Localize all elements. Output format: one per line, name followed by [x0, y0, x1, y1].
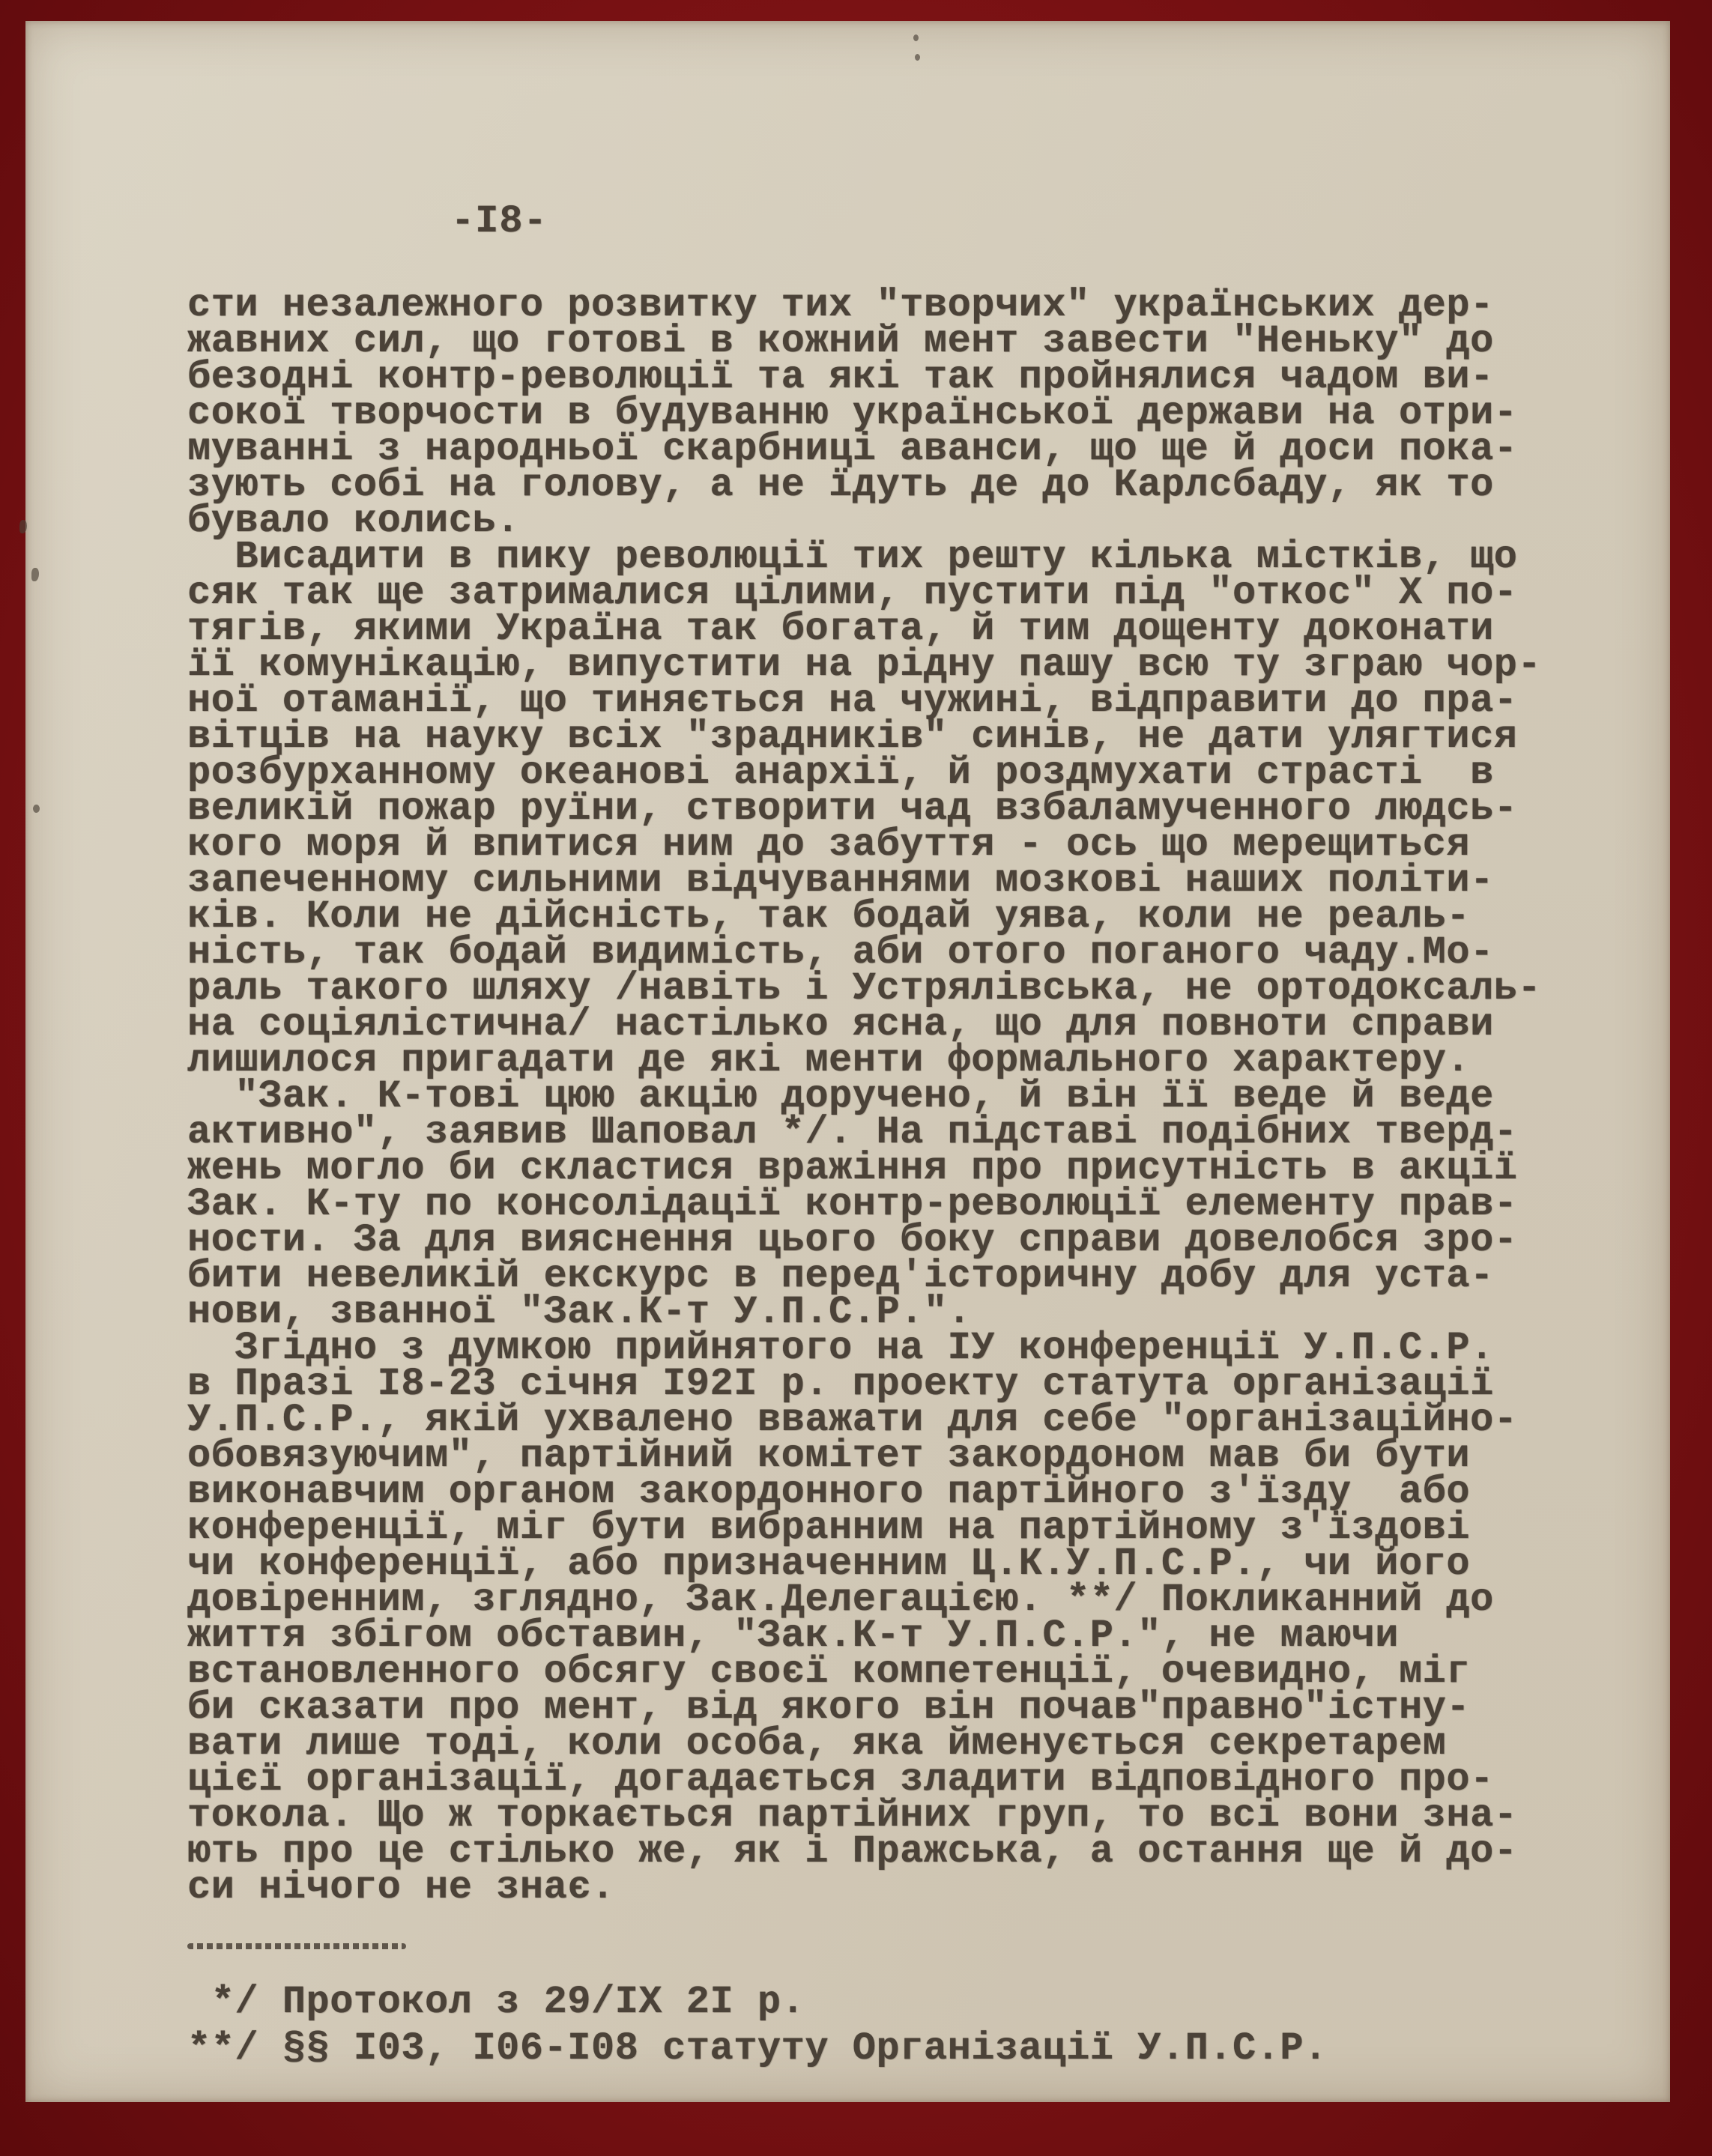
scan-speck: [33, 805, 40, 813]
scan-speck: [913, 34, 919, 41]
footnote: **/ §§ I03, I06-I08 статуту Організації …: [187, 2026, 1655, 2072]
paragraph: "Зак. К-тові цюю акцію доручено, й він ї…: [187, 1079, 1655, 1330]
paragraph: Висадити в пику революції тих решту кіль…: [187, 539, 1655, 1079]
scan-border: -I8- сти незалежного розвитку тих "творч…: [0, 0, 1712, 2156]
page-content: -I8- сти незалежного розвитку тих "творч…: [187, 21, 1655, 2072]
paragraph: сти незалежного розвитку тих "творчих" у…: [187, 288, 1655, 539]
footnote-separator: [187, 1943, 406, 1949]
footnotes: */ Протокол з 29/IX 2I р.**/ §§ I03, I06…: [187, 1979, 1655, 2072]
footnote: */ Протокол з 29/IX 2I р.: [187, 1979, 1655, 2026]
paragraph: Згідно з думкою прийнятого на ІУ конфере…: [187, 1330, 1655, 1906]
scan-speck: [19, 520, 27, 533]
document-page: -I8- сти незалежного розвитку тих "творч…: [25, 21, 1670, 2102]
page-number: -I8-: [451, 204, 1655, 240]
document-body: сти незалежного розвитку тих "творчих" у…: [187, 288, 1655, 1906]
scan-speck: [31, 568, 39, 581]
